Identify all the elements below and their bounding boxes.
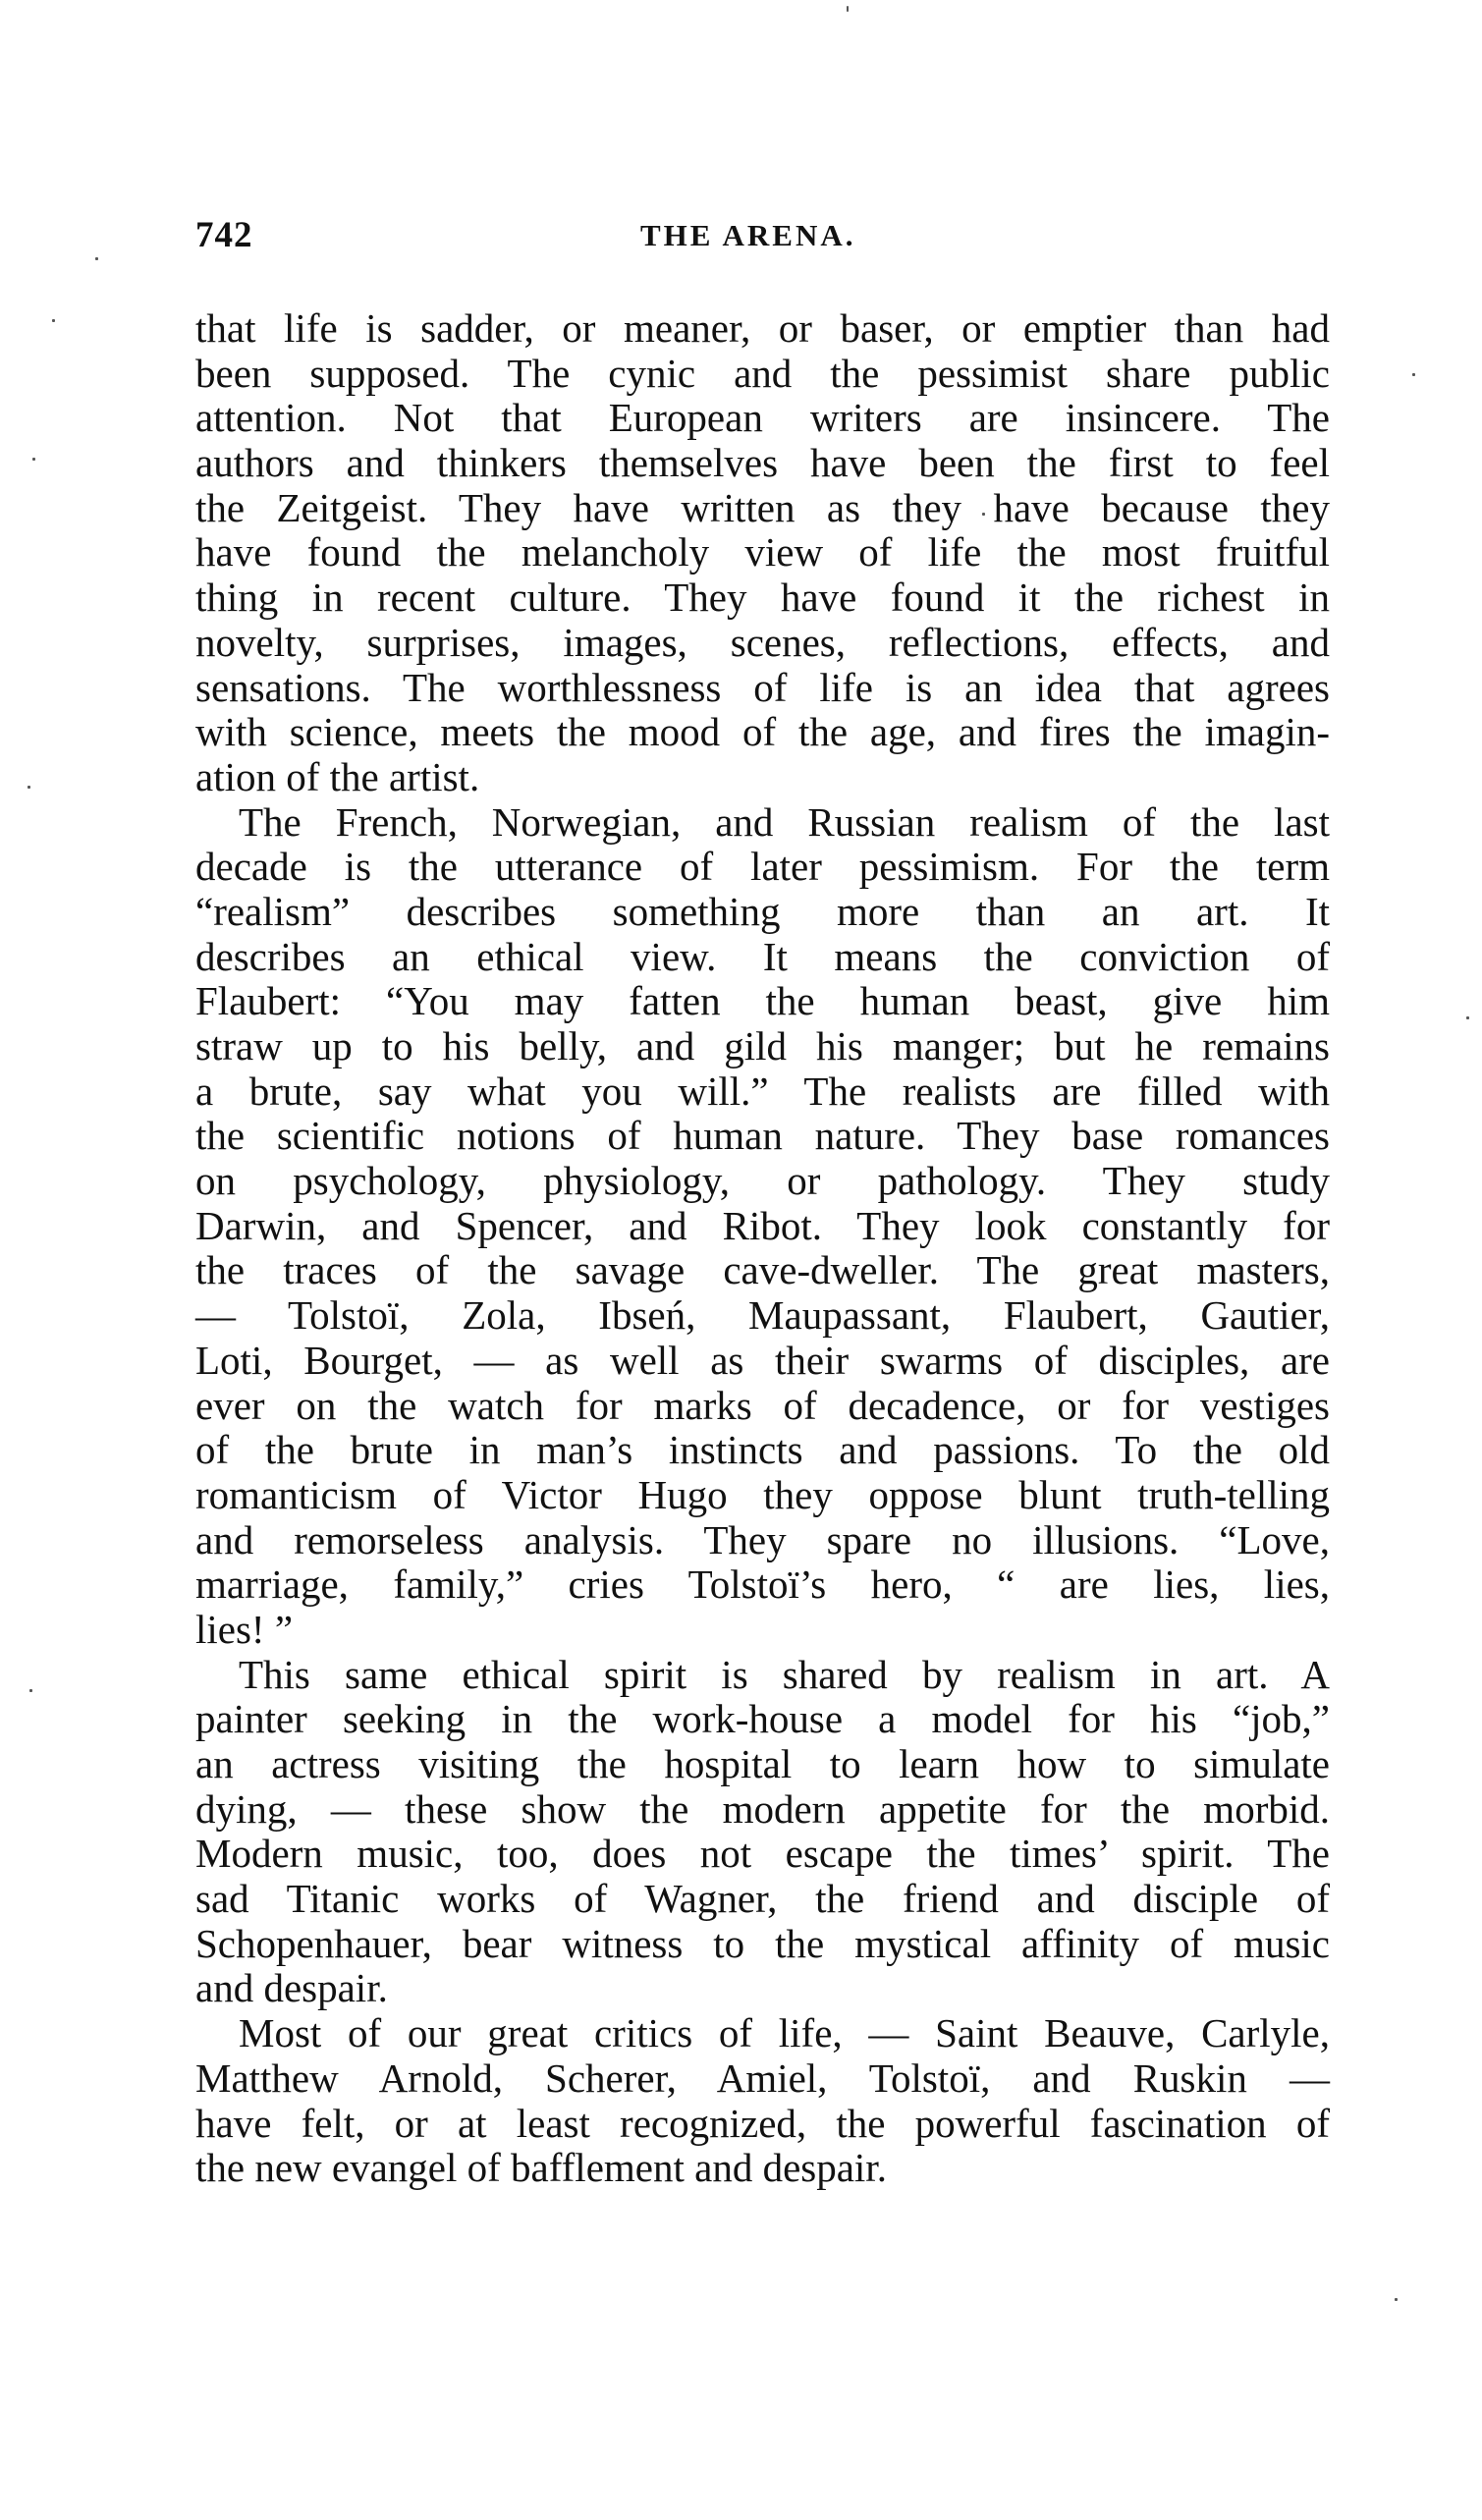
- text-line: an actress visiting the hospital to lear…: [195, 1742, 1330, 1787]
- scan-speck: [52, 319, 55, 322]
- text-line: novelty, surprises, images, scenes, refl…: [195, 621, 1330, 666]
- scan-speck: [1395, 2298, 1398, 2301]
- text-line: Darwin, and Spencer, and Ribot. They loo…: [195, 1204, 1330, 1249]
- paragraph-2: The French, Norwegian, and Russian reali…: [195, 800, 1330, 1653]
- scan-speck: [29, 1689, 32, 1692]
- text-line: on psychology, physiology, or pathology.…: [195, 1159, 1330, 1204]
- text-line: thing in recent culture. They have found…: [195, 575, 1330, 621]
- text-line: Loti, Bourget, — as well as their swarms…: [195, 1339, 1330, 1384]
- running-title: THE ARENA.: [640, 218, 855, 253]
- paragraph-4: Most of our great critics of life, — Sai…: [195, 2011, 1330, 2191]
- text-line: ation of the artist.: [195, 755, 1330, 800]
- text-line: authors and thinkers themselves have bee…: [195, 441, 1330, 486]
- scan-speck: [982, 513, 985, 516]
- scan-speck: [32, 458, 35, 461]
- scan-speck: [1412, 373, 1415, 376]
- text-line: lies! ”: [195, 1608, 1330, 1653]
- text-line: of the brute in man’s instincts and pass…: [195, 1428, 1330, 1473]
- scan-speck: [1466, 1016, 1469, 1019]
- text-line: and despair.: [195, 1966, 1330, 2011]
- text-line: Schopenhauer, bear witness to the mystic…: [195, 1922, 1330, 1967]
- text-line: Flaubert: “You may fatten the human beas…: [195, 979, 1330, 1024]
- text-line: The French, Norwegian, and Russian reali…: [195, 800, 1330, 846]
- text-line: the new evangel of bafflement and despai…: [195, 2146, 1330, 2191]
- page-number: 742: [195, 214, 253, 256]
- text-line: dying, — these show the modern appetite …: [195, 1787, 1330, 1833]
- text-line: the traces of the savage cave-dweller. T…: [195, 1248, 1330, 1293]
- text-line: have found the melancholy view of life t…: [195, 530, 1330, 575]
- scan-speck: [95, 257, 98, 260]
- text-line: a brute, say what you will.” The realist…: [195, 1069, 1330, 1115]
- text-line: describes an ethical view. It means the …: [195, 935, 1330, 980]
- text-line: have felt, or at least recognized, the p…: [195, 2102, 1330, 2147]
- running-header: 742 THE ARENA.: [195, 214, 1330, 253]
- text-line: attention. Not that European writers are…: [195, 396, 1330, 441]
- text-line: straw up to his belly, and gild his mang…: [195, 1024, 1330, 1069]
- scan-speck: [27, 786, 30, 789]
- text-line: marriage, family,” cries Tolstoï’s hero,…: [195, 1562, 1330, 1608]
- text-line: sad Titanic works of Wagner, the friend …: [195, 1877, 1330, 1922]
- text-line: been supposed. The cynic and the pessimi…: [195, 352, 1330, 397]
- text-line: the Zeitgeist. They have written as they…: [195, 486, 1330, 531]
- text-line: Matthew Arnold, Scherer, Amiel, Tolstoï,…: [195, 2056, 1330, 2102]
- text-line: “realism” describes something more than …: [195, 890, 1330, 935]
- book-page: 742 THE ARENA. that life is sadder, or m…: [0, 0, 1482, 2520]
- text-line: Most of our great critics of life, — Sai…: [195, 2011, 1330, 2056]
- text-line: romanticism of Victor Hugo they oppose b…: [195, 1473, 1330, 1518]
- text-line: with science, meets the mood of the age,…: [195, 710, 1330, 755]
- text-line: — Tolstoï, Zola, Ibseń, Maupassant, Flau…: [195, 1293, 1330, 1339]
- text-line: Modern music, too, does not escape the t…: [195, 1832, 1330, 1877]
- text-line: decade is the utterance of later pessimi…: [195, 845, 1330, 890]
- text-line: sensations. The worthlessness of life is…: [195, 666, 1330, 711]
- scan-speck: [847, 6, 849, 12]
- text-line: This same ethical spirit is shared by re…: [195, 1653, 1330, 1698]
- body-text: that life is sadder, or meaner, or baser…: [195, 306, 1330, 2191]
- text-line: that life is sadder, or meaner, or baser…: [195, 306, 1330, 352]
- paragraph-1: that life is sadder, or meaner, or baser…: [195, 306, 1330, 800]
- text-line: the scientific notions of human nature. …: [195, 1114, 1330, 1159]
- text-line: painter seeking in the work-house a mode…: [195, 1697, 1330, 1742]
- text-line: ever on the watch for marks of decadence…: [195, 1384, 1330, 1429]
- paragraph-3: This same ethical spirit is shared by re…: [195, 1653, 1330, 2012]
- text-line: and remorseless analysis. They spare no …: [195, 1518, 1330, 1563]
